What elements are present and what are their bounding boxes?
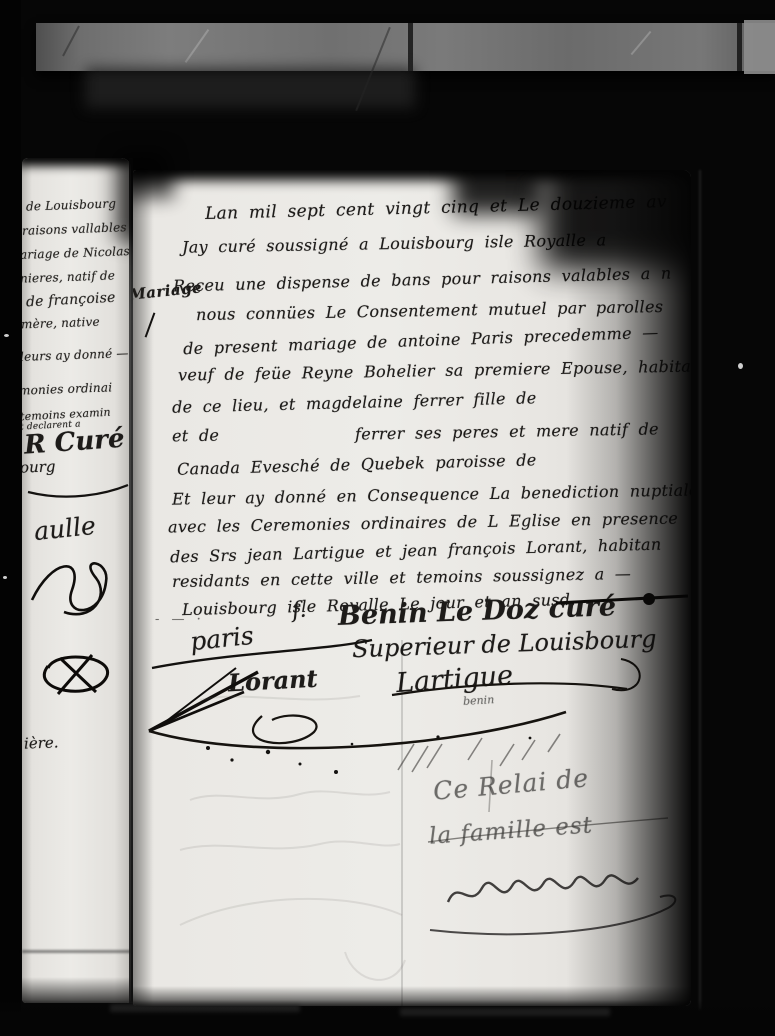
handwritten-line: ariage de Nicolas (22, 244, 130, 262)
handwritten-line: ourg (22, 457, 56, 476)
ink-smudge (133, 170, 174, 198)
film-speck (4, 334, 9, 337)
handwritten-line: mère, native (22, 315, 100, 332)
film-left-border (0, 0, 21, 1036)
handwritten-word: ière. (24, 733, 59, 752)
handwritten-line: de Louisbourg (26, 196, 117, 213)
microfilm-frame: de Louisbourg raisons vallables ariage d… (0, 0, 775, 1036)
film-speck (738, 363, 743, 369)
page-crease (401, 640, 403, 1006)
film-smear (85, 68, 415, 108)
record-line: de ce lieu, et magdelaine ferrer fille d… (172, 388, 537, 417)
page-crease (22, 950, 131, 953)
previous-page-fragment: de Louisbourg raisons vallables ariage d… (22, 158, 131, 1003)
record-line: residants en cette ville et temoins sous… (172, 564, 631, 591)
signature-witness-lartigue: Lartigue (395, 660, 514, 699)
page-edge-highlight (699, 170, 701, 1010)
ink-smudge (453, 170, 543, 214)
film-top-band (36, 23, 775, 71)
faint-small-word: benin (463, 693, 495, 708)
handwritten-line: raisons vallables (22, 220, 127, 238)
register-page: Lan mil sept cent vingt cinq et Le douzi… (133, 170, 691, 1006)
left-page-signature: aulle (33, 511, 97, 546)
film-speck (3, 576, 7, 579)
page-top-shadow (22, 158, 131, 166)
film-band-split (408, 23, 413, 71)
page-right-shading (566, 170, 691, 1006)
handwritten-line: de françoise (26, 290, 116, 311)
dash-dot-marks: ‐ — · (155, 612, 205, 627)
record-line: et de (172, 426, 220, 446)
page-bottom-fade (133, 986, 691, 1006)
film-band-right-segment (744, 20, 775, 74)
signature-witness-lorant: Lorant (227, 664, 318, 698)
film-band-split (737, 23, 742, 71)
handwritten-line: leurs ay donné — (22, 346, 129, 364)
handwritten-line: monies ordinai (22, 380, 112, 397)
handwritten-line: nieres, natif de (22, 268, 115, 285)
signature-officiant-initial: f. (291, 597, 307, 623)
record-line: Canada Evesché de Quebek paroisse de (177, 450, 537, 478)
signature-groom: paris (189, 621, 255, 656)
film-smear (400, 1008, 610, 1016)
